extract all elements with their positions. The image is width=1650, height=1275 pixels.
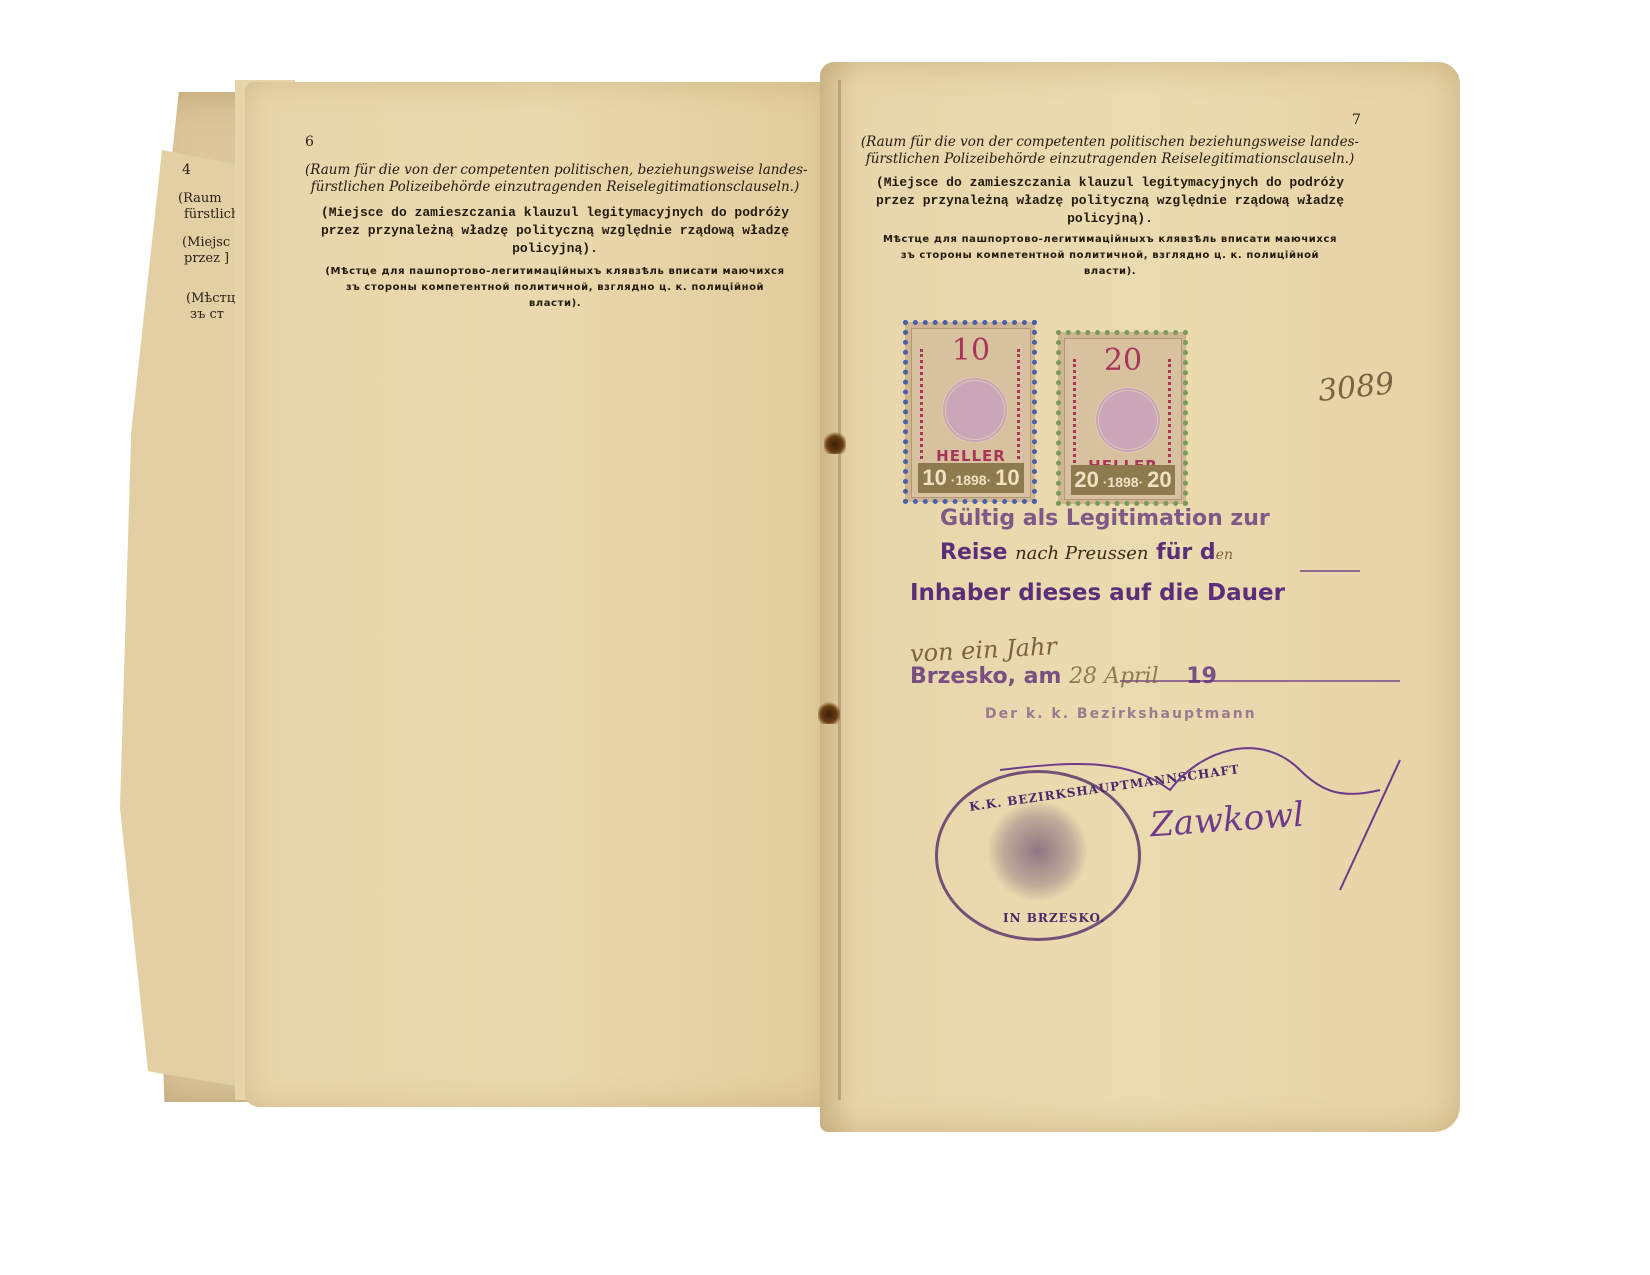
ruthenian-caption: Мѣстце для пашпортово-легитимацiйныхъ кл… (860, 232, 1360, 280)
spine-fold (838, 80, 841, 1100)
destination-handwritten: nach Preussen (1015, 543, 1148, 564)
stamp-value-small: 20 (1074, 467, 1098, 492)
underline (1300, 570, 1360, 572)
page-number-4: 4 (182, 162, 191, 178)
cert-text: Reise (940, 540, 1007, 565)
cert-text: für d (1156, 540, 1216, 565)
caption-line: (Raum für die von der competenten politi… (860, 134, 1360, 151)
caption-line: fürstlichen Polizeibehörde einzutragende… (305, 179, 805, 196)
stamp-year: 1898 (955, 472, 986, 488)
revenue-stamp-20-heller: 20 HELLER 20 ·1898· 20 (1058, 332, 1186, 504)
caption-line: власти). (860, 264, 1360, 280)
binding-hole (824, 430, 846, 454)
certification-line-5: Brzesko, am 28 April 19 (910, 664, 1217, 689)
caption-line: fürstlichen Polizeibehörde einzutragende… (860, 151, 1360, 168)
stamp-year-band: 20 ·1898· 20 (1071, 465, 1175, 495)
polish-caption: (Miejsce do zamieszczania klauzul legity… (860, 174, 1360, 228)
caption-line: Мѣстце для пашпортово-легитимацiйныхъ кл… (860, 232, 1360, 248)
page-number-7: 7 (1352, 112, 1361, 128)
revenue-stamp-10-heller: 10 HELLER 10 ·1898· 10 (905, 322, 1035, 502)
german-caption: (Raum für die von der competenten politi… (305, 162, 805, 196)
caption-line: (Miejsce do zamieszczania klauzul legity… (305, 204, 805, 222)
caption-line: policyjną). (860, 210, 1360, 228)
place-and-date-label: Brzesko, am (910, 664, 1061, 689)
seal-bottom-text: IN BRZESKO. (1003, 911, 1105, 925)
page-number-6: 6 (305, 134, 314, 150)
certification-line-1: Gültig als Legitimation zur (940, 506, 1270, 531)
stamp-value-small: 10 (995, 465, 1019, 490)
binding-hole (818, 700, 840, 724)
ornament-icon (1168, 359, 1181, 469)
year-prefix: 19 (1186, 664, 1217, 689)
caption-line: (Raum für die von der competenten politi… (305, 162, 805, 179)
german-caption: (Raum für die von der competenten politi… (860, 134, 1360, 168)
caption-line: власти). (305, 296, 805, 312)
certification-line-2: Reise nach Preussen für den (940, 540, 1233, 565)
polish-caption: (Miejsce do zamieszczania klauzul legity… (305, 204, 805, 258)
caption-line: (Мѣстце для пашпортово-легитимацiйныхъ к… (305, 264, 805, 280)
ornament-icon (1073, 359, 1086, 469)
ruthenian-caption: (Мѣстце для пашпортово-легитимацiйныхъ к… (305, 264, 805, 312)
certification-line-6: Der k. k. Bezirkshauptmann (985, 706, 1257, 722)
caption-line: przez przynależną władzę polityczną wzgl… (860, 192, 1360, 210)
emperor-portrait-icon (942, 377, 1008, 443)
certification-line-3: Inhaber dieses auf die Dauer (910, 580, 1285, 606)
stamp-year: 1898 (1107, 474, 1138, 490)
caption-line: зъ стороны компетентной политичной, взгл… (860, 248, 1360, 264)
caption-line: policyjną). (305, 240, 805, 258)
left-page: 6 (Raum für die von der competenten poli… (245, 82, 845, 1107)
stamp-value-small: 10 (922, 465, 946, 490)
stamp-value-small: 20 (1147, 467, 1171, 492)
cert-handwritten: en (1216, 547, 1233, 563)
stamp-year-band: 10 ·1898· 10 (918, 463, 1024, 493)
caption-line: зъ стороны компетентной политичной, взгл… (305, 280, 805, 296)
emperor-portrait-icon (1095, 387, 1161, 453)
caption-line: przez przynależną władzę polityczną wzgl… (305, 222, 805, 240)
ornament-icon (920, 349, 933, 459)
date-handwritten: 28 April (1069, 664, 1159, 689)
caption-line: (Miejsce do zamieszczania klauzul legity… (860, 174, 1360, 192)
ornament-icon (1017, 349, 1030, 459)
